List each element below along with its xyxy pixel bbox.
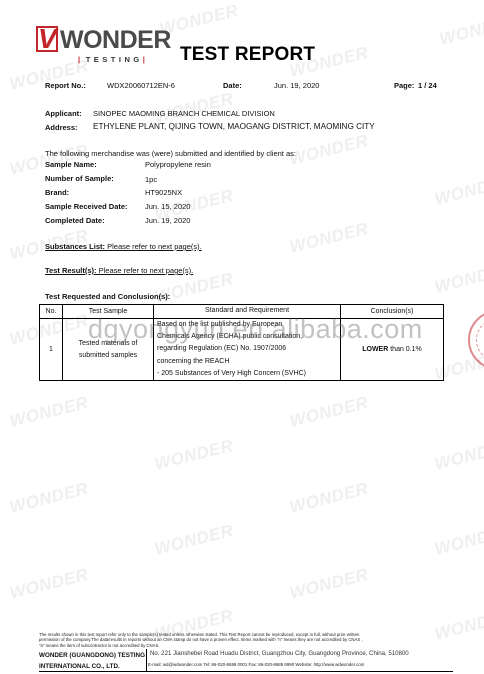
requested-heading: Test Requested and Conclusion(s): — [45, 292, 170, 301]
footer-disclaimer: The results shown in this test report re… — [39, 632, 449, 648]
footer-rule — [39, 671, 452, 672]
cell-no: 1 — [40, 319, 63, 381]
logo-wordmark: WONDER — [60, 27, 171, 53]
footer-address: No. 221 Jianshebei Road Huadu District, … — [150, 650, 409, 657]
overlay-watermark: dgyongyun.en.alibaba.com — [88, 314, 423, 345]
received-date-value: Jun. 15, 2020 — [145, 202, 190, 211]
substances-list-line: Substances List: Please refer to next pa… — [45, 242, 202, 251]
brand-value: HT9025NX — [145, 188, 182, 197]
number-of-sample-label: Number of Sample: — [45, 174, 114, 183]
page-title: TEST REPORT — [180, 44, 315, 66]
completed-date-label: Completed Date: — [45, 216, 105, 225]
footer-company-name: WONDER (GUANGDONG) TESTING INTERNATIONAL… — [39, 650, 145, 672]
wonder-testing-logo: V WONDER | TESTING| — [36, 26, 156, 66]
logo-subtitle: | TESTING| — [78, 55, 145, 65]
applicant-value: SINOPEC MAOMING BRANCH CHEMICAL DIVISION — [93, 109, 275, 118]
brand-label: Brand: — [45, 188, 69, 197]
report-no-value: WDX20060712EN-6 — [107, 81, 175, 90]
official-seal-stamp — [468, 310, 484, 370]
date-value: Jun. 19, 2020 — [274, 81, 319, 90]
logo-mark: V — [38, 24, 57, 54]
address-value: ETHYLENE PLANT, QIJING TOWN, MAOGANG DIS… — [93, 122, 375, 131]
page-label: Page: — [394, 81, 414, 90]
header-no: No. — [40, 305, 63, 319]
received-date-label: Sample Received Date: — [45, 202, 128, 211]
number-of-sample-value: 1pc — [145, 175, 157, 184]
report-page: V WONDER | TESTING| TEST REPORT Report N… — [0, 0, 484, 674]
date-label: Date: — [223, 81, 242, 90]
completed-date-value: Jun. 19, 2020 — [145, 216, 190, 225]
sample-name-label: Sample Name: — [45, 160, 97, 169]
page-value: 1 / 24 — [418, 81, 437, 90]
report-no-label: Report No.: — [45, 81, 86, 90]
address-label: Address: — [45, 123, 78, 132]
footer-contact: E-mail: wd@wdwonder.com Tel: 86-020-8689… — [148, 662, 364, 667]
test-results-line: Test Result(s): Please refer to next pag… — [45, 266, 193, 275]
sample-intro: The following merchandise was (were) sub… — [45, 149, 296, 158]
applicant-label: Applicant: — [45, 109, 82, 118]
sample-name-value: Polypropylene resin — [145, 160, 211, 169]
